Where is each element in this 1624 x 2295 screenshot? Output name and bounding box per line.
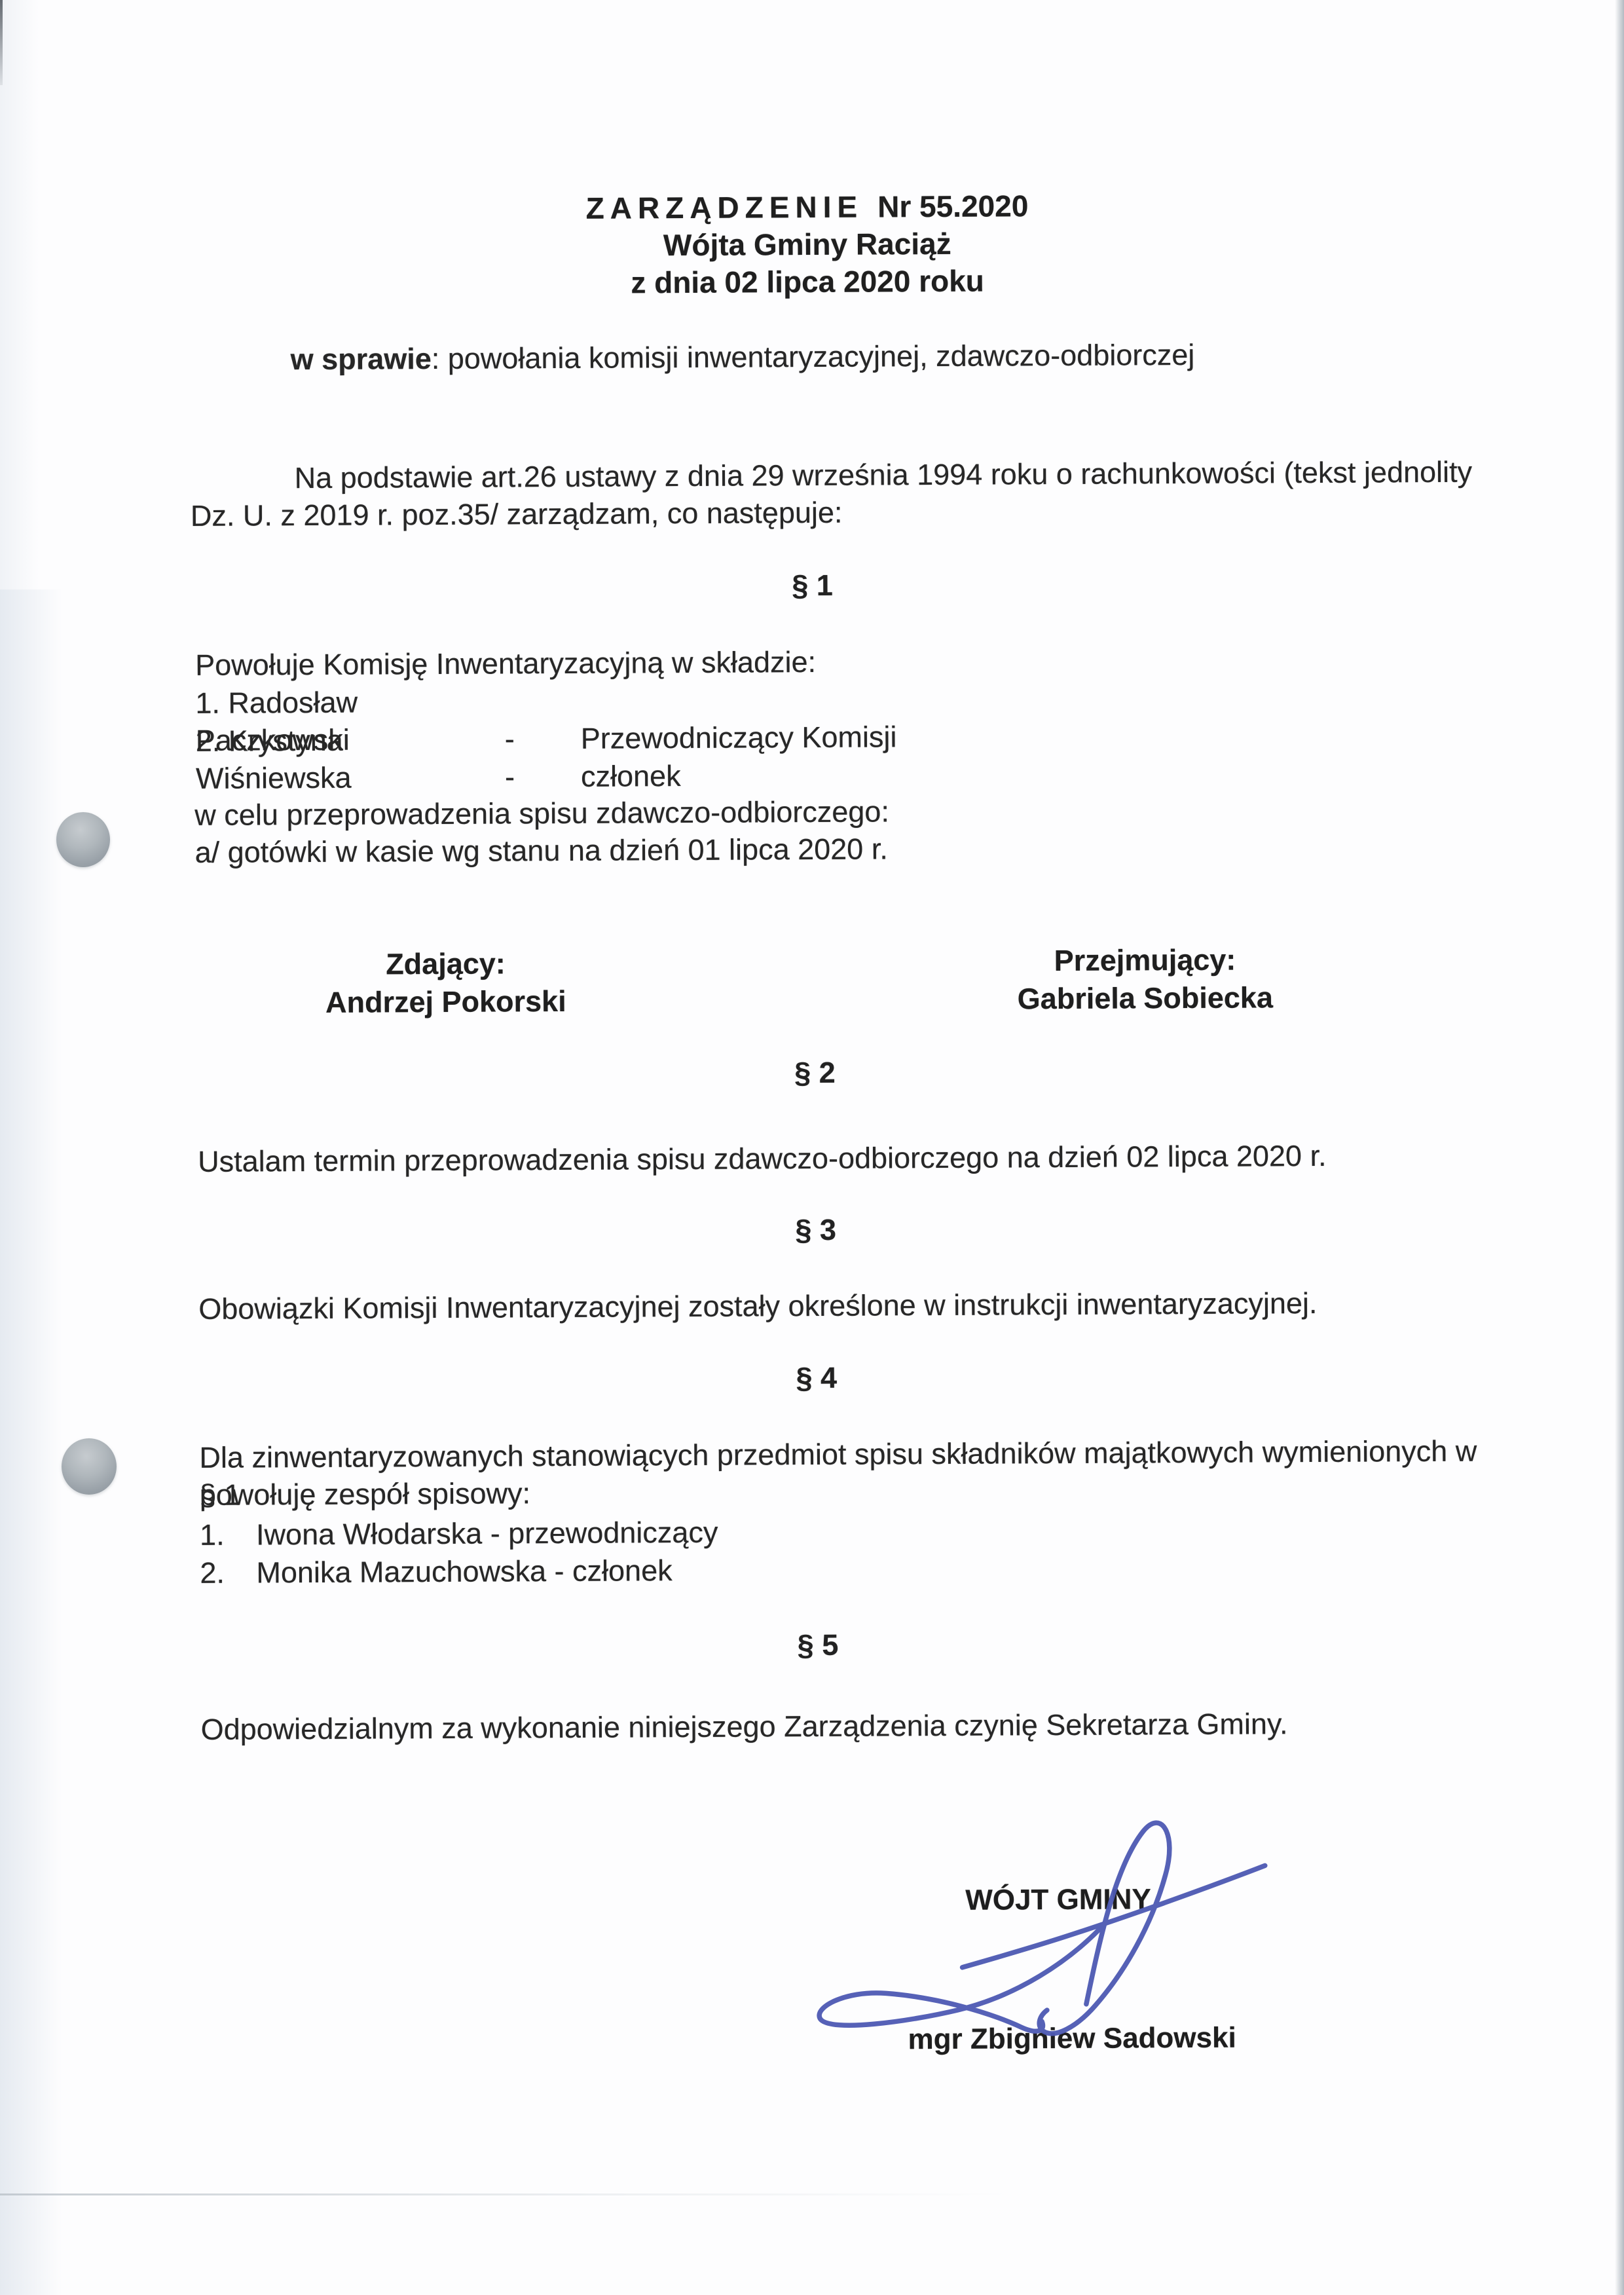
team-member-text: Iwona Włodarska - przewodniczący bbox=[256, 1516, 718, 1552]
punch-hole-mark-upper bbox=[56, 812, 110, 867]
section-2-text: Ustalam termin przeprowadzenia spisu zda… bbox=[198, 1136, 1481, 1180]
subject-line: w sprawie: powołania komisji inwentaryza… bbox=[291, 336, 1195, 378]
section-4-line-2: powołuję zespół spisowy: bbox=[200, 1474, 531, 1514]
section-4-mark: § 4 bbox=[1, 1356, 1624, 1399]
section-2-mark: § 2 bbox=[0, 1051, 1624, 1094]
team-member-text: Monika Mazuchowska - członek bbox=[256, 1554, 673, 1589]
document-title-number: Nr 55.2020 bbox=[877, 189, 1028, 223]
section-1-mark: § 1 bbox=[0, 564, 1624, 606]
document-header: ZARZĄDZENIENr 55.2020 Wójta Gminy Raciąż… bbox=[0, 185, 1619, 305]
section-1-purpose: w celu przeprowadzenia spisu zdawczo-odb… bbox=[194, 793, 889, 834]
section-5-mark: § 5 bbox=[3, 1624, 1624, 1666]
legal-basis-line-2: Dz. U. z 2019 r. poz.35/ zarządzam, co n… bbox=[191, 491, 1435, 534]
section-3-text: Obowiązki Komisji Inwentaryzacyjnej zost… bbox=[198, 1284, 1482, 1328]
section-3-mark: § 3 bbox=[1, 1208, 1624, 1251]
scan-shading-left bbox=[0, 589, 62, 2295]
section-1-intro: Powołuje Komisję Inwentaryzacyjną w skła… bbox=[195, 643, 816, 684]
signature-stroke-loop bbox=[1039, 1823, 1171, 2034]
team-member-row: 2.Monika Mazuchowska - członek bbox=[200, 1548, 1444, 1592]
document-date-line: z dnia 02 lipca 2020 roku bbox=[0, 259, 1619, 305]
signature-stroke-tail bbox=[819, 1922, 1107, 2032]
punch-hole-mark-lower bbox=[62, 1438, 117, 1495]
signer-title: WÓJT GMINY bbox=[875, 1883, 1242, 1918]
commission-member-row: 2. Krystyna Wiśniewska-członek bbox=[196, 716, 1441, 797]
scan-edge-corner bbox=[0, 0, 3, 85]
member-name: 2. Krystyna Wiśniewska bbox=[196, 720, 506, 796]
team-member-number: 2. bbox=[200, 1554, 256, 1591]
handover-right-name: Gabriela Sobiecka bbox=[942, 979, 1348, 1018]
handover-right-label: Przejmujący: bbox=[942, 941, 1348, 980]
member-role: członek bbox=[581, 759, 681, 793]
handover-left-label: Zdający: bbox=[242, 944, 648, 984]
handover-right-column: Przejmujący: Gabriela Sobiecka bbox=[942, 941, 1348, 1018]
subject-text: : powołania komisji inwentaryzacyjnej, z… bbox=[432, 338, 1195, 375]
handover-left-name: Andrzej Pokorski bbox=[243, 982, 649, 1022]
member-dash: - bbox=[505, 758, 581, 796]
legal-basis-line-1: Na podstawie art.26 ustawy z dnia 29 wrz… bbox=[294, 453, 1473, 496]
signer-name: mgr Zbigniew Sadowski bbox=[869, 2021, 1275, 2056]
document-content: ZARZĄDZENIENr 55.2020 Wójta Gminy Raciąż… bbox=[0, 0, 1624, 2295]
team-member-number: 1. bbox=[200, 1516, 256, 1553]
scan-edge-right bbox=[1615, 0, 1624, 2295]
section-5-text: Odpowiedzialnym za wykonanie niniejszego… bbox=[201, 1704, 1485, 1748]
section-1-purpose-item: a/ gotówki w kasie wg stanu na dzień 01 … bbox=[194, 830, 887, 871]
team-member-row: 1.Iwona Włodarska - przewodniczący bbox=[200, 1510, 1444, 1554]
scan-shading-left-top bbox=[0, 0, 39, 589]
document-title-word: ZARZĄDZENIE bbox=[585, 190, 863, 225]
scan-artifact-line bbox=[0, 2193, 1012, 2195]
subject-label: w sprawie bbox=[291, 342, 432, 376]
scanned-document-page: ZARZĄDZENIENr 55.2020 Wójta Gminy Raciąż… bbox=[0, 0, 1624, 2295]
signature-strokes bbox=[819, 1822, 1266, 2034]
handover-left-column: Zdający: Andrzej Pokorski bbox=[242, 944, 649, 1022]
